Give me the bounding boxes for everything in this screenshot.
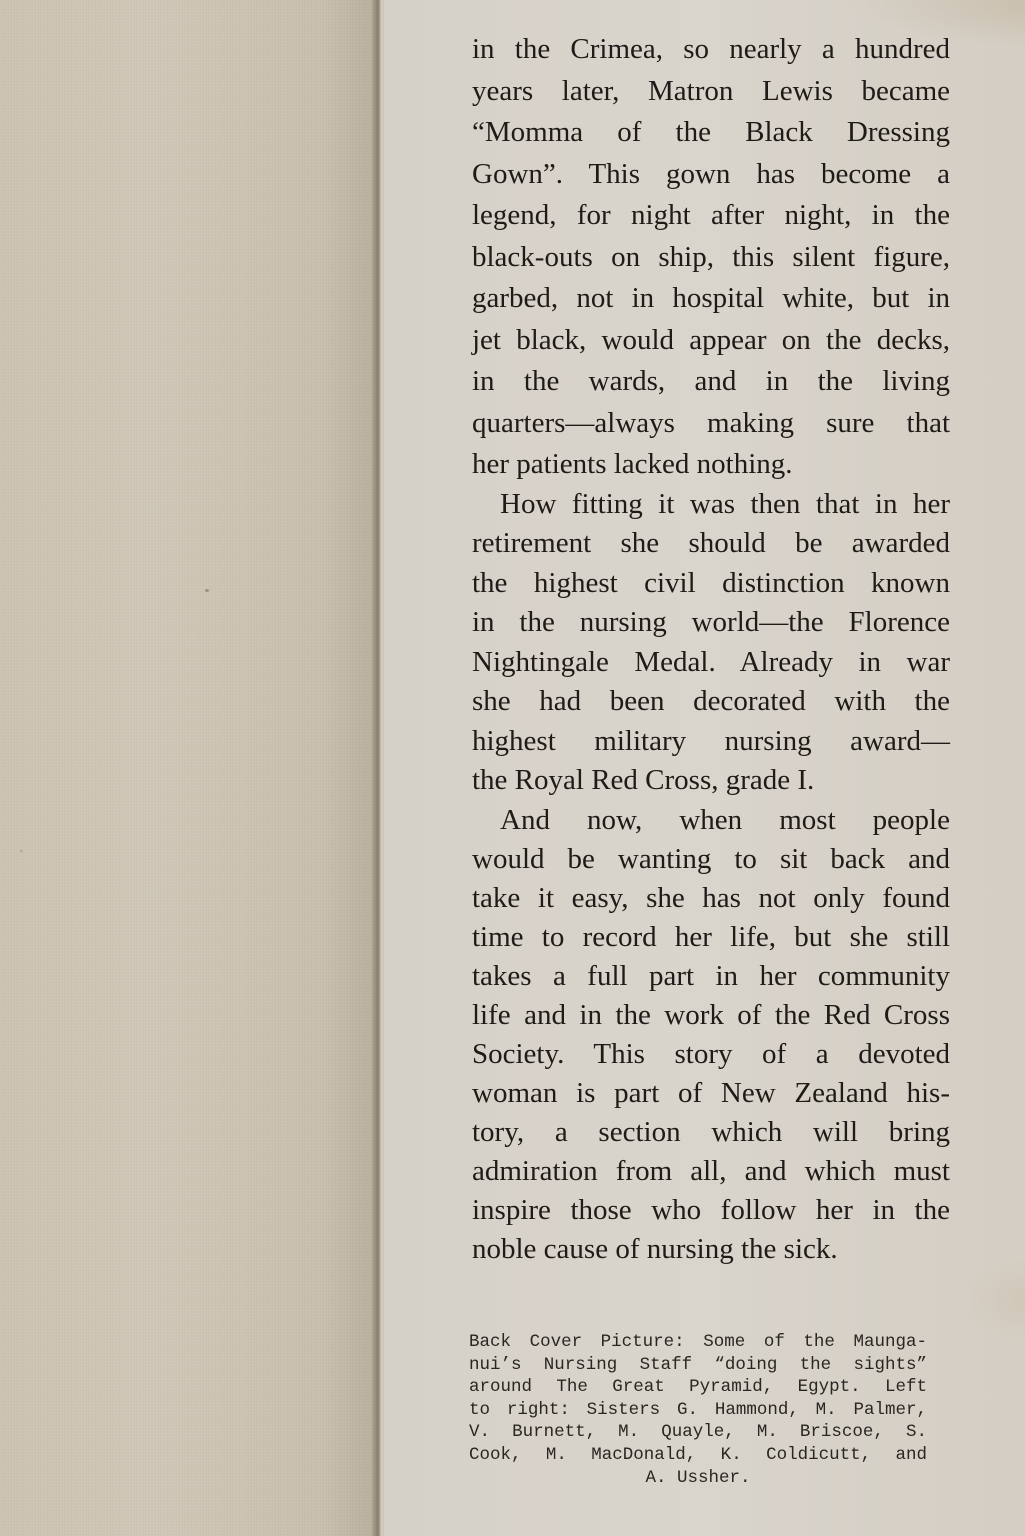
flap-body-text: in the Crimea, so nearly a hundred years… bbox=[472, 30, 950, 1269]
text-line: life and in the work of the Red Cross bbox=[472, 996, 950, 1035]
caption-line: nui’s Nursing Staff “doing the sights” bbox=[469, 1354, 927, 1377]
paragraph-3: And now, when most people would be wanti… bbox=[472, 801, 950, 1269]
text-line: the Royal Red Cross, grade I. bbox=[472, 761, 950, 801]
text-line: Nightingale Medal. Already in war bbox=[472, 643, 950, 683]
jacket-fold bbox=[372, 0, 384, 1536]
jacket-cloth-panel bbox=[0, 0, 378, 1536]
text-line: Society. This story of a devoted bbox=[472, 1035, 950, 1074]
paper-speck bbox=[20, 850, 23, 852]
text-line: quarters—always making sure that bbox=[472, 404, 950, 446]
text-line: Gown”. This gown has become a bbox=[472, 155, 950, 197]
text-line: And now, when most people bbox=[472, 801, 950, 840]
caption-line: Cook, M. MacDonald, K. Coldicutt, and bbox=[469, 1444, 927, 1467]
text-line: garbed, not in hospital white, but in bbox=[472, 279, 950, 321]
text-line: “Momma of the Black Dressing bbox=[472, 113, 950, 155]
text-line: highest military nursing award— bbox=[472, 722, 950, 762]
back-cover-caption: Back Cover Picture: Some of the Maunga- … bbox=[469, 1331, 927, 1489]
text-line: time to record her life, but she still bbox=[472, 918, 950, 957]
text-line: tory, a section which will bring bbox=[472, 1113, 950, 1152]
paragraph-1: in the Crimea, so nearly a hundred years… bbox=[472, 30, 950, 487]
paper-speck bbox=[205, 589, 209, 592]
text-line: How fitting it was then that in her bbox=[472, 485, 950, 525]
text-line: take it easy, she has not only found bbox=[472, 879, 950, 918]
text-line: in the nursing world—the Florence bbox=[472, 603, 950, 643]
text-line: inspire those who follow her in the bbox=[472, 1191, 950, 1230]
text-line: in the wards, and in the living bbox=[472, 362, 950, 404]
caption-line: around The Great Pyramid, Egypt. Left bbox=[469, 1376, 927, 1399]
text-line: retirement she should be awarded bbox=[472, 524, 950, 564]
text-line: years later, Matron Lewis became bbox=[472, 72, 950, 114]
text-line: jet black, would appear on the decks, bbox=[472, 321, 950, 363]
text-line: she had been decorated with the bbox=[472, 682, 950, 722]
text-line: black-outs on ship, this silent figure, bbox=[472, 238, 950, 280]
text-line: legend, for night after night, in the bbox=[472, 196, 950, 238]
text-line: in the Crimea, so nearly a hundred bbox=[472, 30, 950, 72]
text-line: woman is part of New Zealand his- bbox=[472, 1074, 950, 1113]
text-line: takes a full part in her community bbox=[472, 957, 950, 996]
text-line: her patients lacked nothing. bbox=[472, 445, 950, 487]
caption-line: Back Cover Picture: Some of the Maunga- bbox=[469, 1331, 927, 1354]
text-line: admiration from all, and which must bbox=[472, 1152, 950, 1191]
text-line: would be wanting to sit back and bbox=[472, 840, 950, 879]
text-line: noble cause of nursing the sick. bbox=[472, 1230, 950, 1269]
paragraph-2: How fitting it was then that in her reti… bbox=[472, 485, 950, 801]
caption-line: V. Burnett, M. Quayle, M. Briscoe, S. bbox=[469, 1421, 927, 1444]
caption-line: A. Ussher. bbox=[469, 1467, 927, 1490]
caption-line: to right: Sisters G. Hammond, M. Palmer, bbox=[469, 1399, 927, 1422]
text-line: the highest civil distinction known bbox=[472, 564, 950, 604]
